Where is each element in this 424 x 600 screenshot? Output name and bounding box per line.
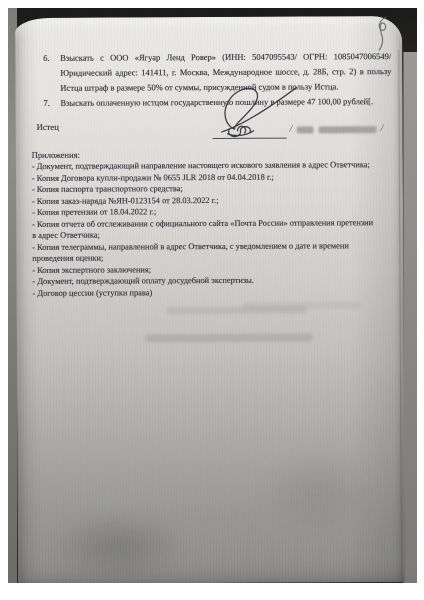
ghost-text-smudge [167,306,307,314]
scanned-document-photo: 6. Взыскать с ООО «Ягуар Ленд Ровер» (ИН… [8,8,417,583]
signature-line [213,138,287,139]
claim-number: 7. [43,96,60,111]
ghost-text-smudge [145,333,313,342]
attachment-line: - Копия телеграммы, направленной в адрес… [32,240,376,265]
corner-pencil-mark-icon [374,14,392,54]
attachments-list: - Документ, подтверждающий направление н… [32,159,377,299]
shadow-stain [257,446,377,537]
attachment-line: - Копия отчета об отслеживании с официал… [32,217,376,242]
slash: / [381,123,384,134]
attachments-title: Приложения: [32,150,80,160]
attachment-line: - Договор цессии (уступки права) [32,286,376,299]
redacted-name-long [319,126,377,133]
page-edge-line [398,50,402,582]
redacted-name-short [297,126,314,133]
attachment-line: - Документ, подтверждающий направление н… [32,159,376,172]
paper-page: 6. Взыскать с ООО «Ягуар Ленд Ровер» (ИН… [15,16,405,583]
backdrop-right-strip [403,52,417,583]
plaintiff-label: Истец [37,122,59,132]
shadow-stain [48,509,188,583]
ghost-text-smudge [243,302,361,309]
slash: / [290,124,293,135]
claim-number: 6. [43,51,60,96]
